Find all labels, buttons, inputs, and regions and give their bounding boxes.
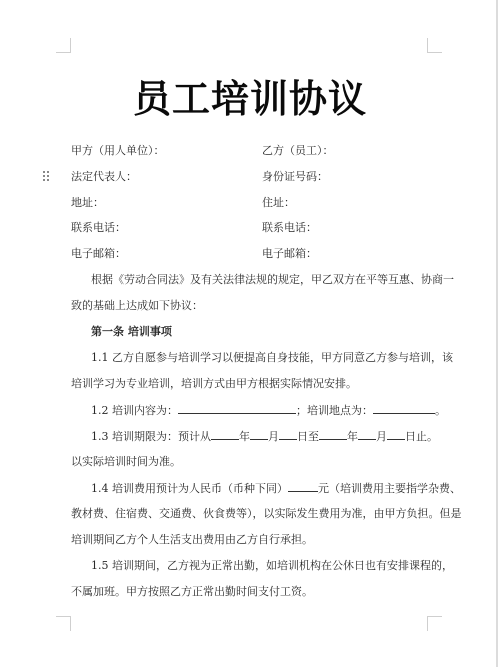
clause-1-5-line-1: 1.5 培训期间，乙方视为正常出勤，如培训机构在公休日也有安排课程的， xyxy=(91,559,453,573)
clause-text: 年 xyxy=(347,430,358,443)
party-b-address: 住址： xyxy=(262,196,295,210)
party-a-legal-rep: 法定代表人： xyxy=(71,170,137,184)
clause-1-4-line-2: 教材费、住宿费、交通费、伙食费等），以实际发生费用为准，由甲方负担。但是 xyxy=(71,507,462,521)
end-day-blank[interactable] xyxy=(387,429,405,440)
clause-text: 元（培训费用主要指学杂费、 xyxy=(318,482,461,495)
clause-text: 月 xyxy=(376,430,387,443)
preamble-line-1: 根据《劳动合同法》及有关法律法规的规定，甲乙双方在平等互惠、协商一 xyxy=(91,273,454,287)
party-b-id-number: 身份证号码： xyxy=(262,170,328,184)
end-year-blank[interactable] xyxy=(319,429,347,440)
party-a-address: 地址： xyxy=(71,196,104,210)
clause-1-4-line-3: 培训期间乙方个人生活支出费用由乙方自行承担。 xyxy=(71,533,313,547)
drag-handle-icon[interactable] xyxy=(43,171,50,181)
start-year-blank[interactable] xyxy=(211,429,239,440)
party-b-phone: 联系电话： xyxy=(262,221,317,235)
training-fee-blank[interactable] xyxy=(288,481,318,492)
clause-1-2: 1.2 培训内容为：；培训地点为：。 xyxy=(91,403,446,418)
clause-1-4: 1.4 培训费用预计为人民币（币种下同）元（培训费用主要指学杂费、 xyxy=(91,481,461,496)
margin-corner-mark xyxy=(56,38,71,53)
clause-text: 年 xyxy=(239,430,250,443)
party-b-email: 电子邮箱： xyxy=(262,247,317,261)
clause-text: 1.3 培训期限为：预计从 xyxy=(91,430,211,443)
clause-text: 1.4 培训费用预计为人民币（币种下同） xyxy=(91,482,288,495)
end-month-blank[interactable] xyxy=(358,429,376,440)
document-title: 员工培训协议 xyxy=(0,68,500,123)
clause-1-1-line-2: 培训学习为专业培训，培训方式由甲方根据实际情况安排。 xyxy=(71,377,357,391)
clause-text: 。 xyxy=(435,404,446,417)
party-b-name: 乙方（员工）： xyxy=(262,144,334,158)
margin-corner-mark xyxy=(427,616,442,631)
training-content-blank[interactable] xyxy=(178,403,296,414)
clause-text: ；培训地点为： xyxy=(296,404,373,417)
party-a-phone: 联系电话： xyxy=(71,221,126,235)
clause-1-5-line-2: 不属加班。甲方按照乙方正常出勤时间支付工资。 xyxy=(71,585,313,599)
clause-text: 日止。 xyxy=(405,430,438,443)
margin-corner-mark xyxy=(56,616,71,631)
clause-1-1-line-1: 1.1 乙方自愿参与培训学习以便提高自身技能，甲方同意乙方参与培训，该 xyxy=(91,351,453,365)
article-1-heading: 第一条 培训事项 xyxy=(91,325,172,339)
start-day-blank[interactable] xyxy=(279,429,297,440)
preamble-line-2: 致的基础上达成如下协议： xyxy=(71,299,203,313)
clause-text: 日至 xyxy=(297,430,319,443)
clause-text: 月 xyxy=(268,430,279,443)
margin-corner-mark xyxy=(427,38,442,53)
clause-1-3-line-2: 以实际培训时间为准。 xyxy=(71,455,181,469)
party-a-email: 电子邮箱： xyxy=(71,247,126,261)
clause-1-3: 1.3 培训期限为：预计从年月日至年月日止。 xyxy=(91,429,438,444)
party-a-name: 甲方（用人单位）： xyxy=(71,144,165,158)
clause-text: 1.2 培训内容为： xyxy=(91,404,178,417)
start-month-blank[interactable] xyxy=(250,429,268,440)
training-location-blank[interactable] xyxy=(373,403,435,414)
